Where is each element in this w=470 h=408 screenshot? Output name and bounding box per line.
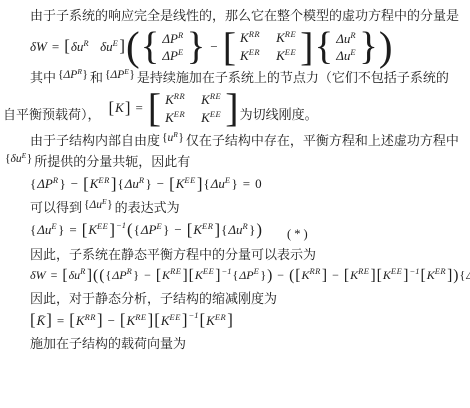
- text-run: 和: [90, 70, 103, 85]
- inline-math: {ΔuE}: [84, 199, 113, 211]
- math-base: K: [88, 222, 97, 237]
- math-var: KER: [90, 176, 110, 192]
- para-reduced-stiffness-intro: 因此，对于静态分析，子结构的缩减刚度为: [3, 289, 466, 309]
- close-delimiter: ]: [46, 312, 52, 329]
- math-operator: =: [135, 100, 142, 116]
- group-content: KEE: [175, 176, 197, 192]
- inline-math: {δuE}: [5, 153, 32, 165]
- vector-row: ΔuR: [336, 31, 356, 46]
- column-vector: ΔuRΔuE: [334, 31, 358, 63]
- text-run: {: [30, 176, 36, 192]
- math-base: δu: [100, 39, 113, 54]
- group-content: ({ΔPR}−[KRE][KEE]−1{ΔPE})−([KRR]−[KRE][K…: [98, 268, 470, 284]
- math-superscript: EE: [210, 109, 221, 119]
- math-operator: −: [210, 39, 217, 55]
- text-run: {: [30, 222, 36, 238]
- text-run: }: [133, 268, 139, 283]
- close-delimiter: ]: [322, 268, 327, 284]
- column-vector: ΔPRΔPE: [160, 31, 185, 63]
- math-superscript: R: [127, 266, 133, 276]
- para-linearity-intro: 由于子系统的响应完全是线性的，那么它在整个模型的虚功方程中的分量是: [3, 6, 466, 26]
- math-base: ΔP: [111, 69, 125, 81]
- math-operator: =: [57, 313, 64, 329]
- math-operator: −: [157, 176, 164, 192]
- math-var: ΔuR: [125, 176, 145, 192]
- math-base: K: [240, 48, 249, 63]
- math-var: KRE: [201, 92, 221, 107]
- math-operator: −: [174, 222, 181, 238]
- math-superscript: E: [350, 47, 356, 57]
- math-superscript: EE: [184, 175, 195, 185]
- math-superscript: −1: [221, 267, 231, 276]
- math-superscript: ER: [174, 109, 185, 119]
- math-var: ΔPR: [64, 69, 83, 81]
- math-superscript: EE: [285, 47, 296, 57]
- math-superscript: R: [350, 30, 356, 40]
- group-content: KRR: [300, 268, 321, 283]
- group-content: {ΔPR}−[KRE][KEE]−1{ΔPE}: [104, 268, 267, 284]
- eq-substructure-virtual-work: δW=[δuRδuE]({ΔPRΔPE}−[KRRKREKERKEE]{ΔuRΔ…: [30, 29, 466, 64]
- math-var: KEE: [176, 176, 196, 192]
- delimited-group: [KRRKREKERKEE]: [148, 91, 239, 125]
- math-var: KEE: [88, 222, 108, 238]
- inline-math: {ΔPE}: [105, 69, 135, 81]
- group-content: KEE: [382, 268, 403, 283]
- group-content: KRRKREKERKEE: [161, 92, 225, 125]
- close-delimiter: ]: [214, 222, 220, 239]
- math-base: ΔP: [162, 48, 178, 63]
- math-var: δuR: [71, 39, 89, 55]
- math-superscript: −1: [116, 221, 126, 230]
- inline-math: {uR}: [162, 132, 184, 144]
- text-run: }: [163, 222, 169, 238]
- math-operator: =: [69, 222, 76, 238]
- math-base: K: [350, 268, 358, 282]
- document-page: 由于子系统的响应完全是线性的，那么它在整个模型的虚功方程中的分量是δW=[δuR…: [0, 0, 470, 354]
- close-delimiter: ]: [97, 312, 103, 329]
- text-run: }: [249, 222, 255, 238]
- equation-label: (*): [287, 227, 311, 242]
- para-internal-dof-line1: 由于子结构内部自由度{uR}仅在子结构中存在，平衡方程和上述虚功方程中: [3, 131, 466, 152]
- math-operator: =: [51, 268, 58, 283]
- math-base: δu: [11, 153, 22, 165]
- math-base: K: [193, 222, 202, 237]
- math-superscript: E: [254, 266, 260, 276]
- math-base: K: [195, 268, 203, 282]
- group-content: KEE: [194, 268, 215, 283]
- close-delimiter: ]: [182, 268, 187, 284]
- math-superscript: R: [242, 221, 248, 231]
- group-content: {ΔPRΔPE}−[KRRKREKERKEE]{ΔuRΔuE}: [140, 30, 379, 64]
- delimited-group: [δuR]: [62, 268, 92, 284]
- text-run: {: [221, 222, 227, 238]
- close-delimiter: ): [379, 29, 393, 64]
- math-var: KER: [206, 313, 226, 329]
- open-delimiter: [: [223, 30, 236, 64]
- line-tangent-stiffness: 自平衡预载荷），[K]=[KRRKREKERKEE]为切线刚度。: [3, 91, 466, 125]
- text-run: 由于子结构内部自由度: [30, 133, 160, 148]
- math-var: KRE: [127, 313, 147, 329]
- math-base: K: [427, 268, 435, 282]
- text-run: {: [105, 268, 111, 283]
- math-superscript: ER: [249, 47, 260, 57]
- math-var: KER: [240, 48, 260, 63]
- math-var: ΔuR: [228, 222, 248, 238]
- math-base: Δu: [125, 176, 139, 191]
- math-var: KRR: [301, 268, 320, 283]
- text-run: 其中: [30, 70, 56, 85]
- close-delimiter: ]: [109, 222, 115, 239]
- group-content: KRR: [75, 313, 97, 329]
- math-var: KEE: [201, 110, 221, 125]
- math-superscript: R: [178, 30, 184, 40]
- math-var: KER: [193, 222, 213, 238]
- close-delimiter: ]: [197, 176, 203, 193]
- close-delimiter: ]: [215, 268, 220, 284]
- delimited-group: {ΔPRΔPE}: [141, 30, 206, 63]
- matrix: KRRKREKERKEE: [237, 30, 299, 63]
- math-var: ΔuE: [90, 199, 108, 211]
- text-run: }: [27, 153, 33, 165]
- close-delimiter: ]: [225, 91, 238, 125]
- delimited-group: [KEE]−1: [154, 312, 198, 329]
- delimited-group: [K]: [109, 100, 131, 117]
- close-delimiter: ]: [227, 312, 233, 329]
- text-run: {: [134, 222, 140, 238]
- group-content: KEE: [160, 313, 182, 329]
- math-base: K: [161, 313, 170, 328]
- close-delimiter: }: [187, 30, 206, 63]
- text-run: 的表达式为: [115, 200, 180, 215]
- text-run: 0: [255, 176, 262, 192]
- delimited-group: [K̄]: [30, 312, 52, 329]
- delimited-group: {ΔuRΔuE}: [315, 30, 378, 63]
- group-content: KRRKREKERKEE: [236, 30, 300, 63]
- text-run: }: [146, 176, 152, 192]
- math-var: ΔuE: [336, 48, 356, 63]
- text-run: 所提供的分量共轭，因此有: [34, 154, 190, 169]
- math-operator: =: [243, 176, 250, 192]
- text-run: 为切线刚度。: [240, 104, 318, 125]
- matrix-cell: KER: [240, 48, 260, 63]
- math-superscript: RE: [210, 91, 221, 101]
- vector-row: ΔPE: [162, 48, 183, 63]
- text-run: }: [58, 222, 64, 238]
- group-content: KRE: [126, 313, 148, 329]
- matrix-cell: KEE: [276, 48, 296, 63]
- math-base: ΔP: [112, 268, 126, 282]
- math-base: K: [240, 30, 249, 45]
- text-run: 因此，子系统在静态平衡方程中的分量可以表示为: [30, 247, 316, 262]
- math-var: KRE: [350, 268, 369, 283]
- vector-row: ΔPR: [162, 31, 183, 46]
- math-var: ΔPR: [37, 176, 58, 192]
- text-run: 由于子系统的响应完全是线性的，那么它在整个模型的虚功方程中的分量是: [30, 8, 459, 23]
- close-delimiter: ]: [119, 38, 125, 55]
- math-superscript: E: [225, 175, 231, 185]
- eq-reduced-stiffness: [K̄]=[KRR]−[KRE][KEE]−1[KER]: [30, 312, 466, 329]
- math-superscript: R: [53, 175, 59, 185]
- eq-condensed-virtual-work: δW=[δuR](({ΔPR}−[KRE][KEE]−1{ΔPE})−([KRR…: [30, 268, 466, 284]
- close-delimiter: }: [359, 30, 378, 63]
- close-delimiter: ): [267, 268, 272, 284]
- math-operator: −: [144, 268, 151, 283]
- math-superscript: R: [80, 266, 86, 276]
- math-operator: =: [52, 39, 59, 55]
- math-superscript: RR: [85, 312, 96, 322]
- delimited-group: ({ΔPR}−[KRE][KEE]−1{ΔPE}): [99, 268, 272, 284]
- delimited-group: [KEE]−1: [189, 268, 232, 284]
- math-var: K̄: [37, 313, 46, 329]
- math-base: ΔP: [141, 222, 157, 237]
- delimited-group: [KRR]: [295, 268, 327, 284]
- close-delimiter: ]: [447, 268, 452, 284]
- delimited-group: [KRE]: [120, 312, 153, 329]
- delimited-group: ({ΔPRΔPE}−[KRRKREKERKEE]{ΔuRΔuE}): [126, 29, 393, 64]
- math-superscript: EE: [203, 266, 214, 276]
- group-content: KER: [192, 222, 214, 238]
- close-delimiter: ]: [403, 268, 408, 284]
- text-run: {: [117, 176, 123, 192]
- math-base: Δu: [336, 31, 350, 46]
- math-var: ΔuE: [37, 222, 57, 238]
- math-superscript: RR: [249, 29, 260, 39]
- inline-math: {ΔPR}: [58, 69, 88, 81]
- math-base: K: [76, 313, 85, 328]
- para-load-vector-intro: 施加在子结构的载荷向量为: [3, 334, 466, 354]
- open-delimiter: (: [126, 29, 140, 64]
- math-var: KER: [427, 268, 446, 283]
- close-delimiter: ]: [300, 30, 313, 64]
- close-delimiter: ]: [182, 312, 188, 329]
- text-run: {: [203, 176, 209, 192]
- math-base: δu: [69, 268, 81, 282]
- para-internal-dof-line2: {δuE}所提供的分量共轭，因此有: [3, 152, 466, 173]
- text-run: 因此，对于静态分析，子结构的缩减刚度为: [30, 291, 277, 306]
- para-static-component-intro: 因此，子系统在静态平衡方程中的分量可以表示为: [3, 245, 466, 265]
- group-content: KER: [426, 268, 447, 283]
- math-superscript: RE: [135, 312, 146, 322]
- math-superscript: E: [178, 47, 184, 57]
- text-run: }: [178, 132, 184, 144]
- math-base: Δu: [37, 222, 51, 237]
- math-var: δW: [30, 268, 46, 283]
- text-run: 可以得到: [30, 200, 82, 215]
- math-var: ΔPR: [112, 268, 132, 283]
- group-content: ΔPRΔPE: [159, 31, 186, 63]
- delimited-group: ([KRR]−[KRE][KEE]−1[KER]): [289, 268, 458, 284]
- math-var: KRE: [276, 30, 296, 45]
- math-base: Δu: [211, 176, 225, 191]
- group-content: KER: [89, 176, 111, 192]
- math-superscript: EE: [391, 266, 402, 276]
- math-var: KRR: [76, 313, 96, 329]
- delimited-group: [KEE]: [169, 176, 202, 193]
- close-delimiter: ]: [87, 268, 92, 284]
- math-operator: −: [71, 176, 78, 192]
- math-base: Δu: [228, 222, 242, 237]
- math-base: K: [201, 110, 210, 125]
- math-superscript: ER: [98, 175, 109, 185]
- close-delimiter: ]: [111, 176, 117, 193]
- vector-row: ΔuE: [336, 48, 356, 63]
- open-delimiter: {: [141, 30, 160, 63]
- math-var: ΔuR: [336, 31, 356, 46]
- math-var: KER: [165, 110, 185, 125]
- math-superscript: ER: [435, 266, 446, 276]
- delimited-group: [KRE]: [156, 268, 188, 284]
- group-content: KRE: [161, 268, 182, 283]
- delimited-group: [δuRδuE]: [64, 38, 125, 55]
- math-base: K: [276, 30, 285, 45]
- matrix-cell: KRR: [240, 30, 260, 45]
- group-content: δuRδuE: [70, 39, 120, 55]
- text-run: 仅在子结构中存在，平衡方程和上述虚功方程中: [186, 133, 459, 148]
- text-run: 施加在子结构的载荷向量为: [30, 336, 186, 351]
- math-base: K: [276, 48, 285, 63]
- math-base: Δu: [90, 199, 103, 211]
- math-operator: −: [277, 268, 284, 283]
- math-superscript: ER: [215, 312, 226, 322]
- math-base: ΔP: [239, 268, 253, 282]
- math-base: Δu: [466, 268, 470, 282]
- delimited-group: [KER]: [83, 176, 116, 193]
- math-var: KEE: [276, 48, 296, 63]
- group-content: K̄: [36, 313, 47, 329]
- math-superscript: −1: [189, 311, 199, 320]
- group-content: KER: [205, 313, 227, 329]
- math-var: δW: [30, 39, 47, 55]
- delimited-group: [KER]: [187, 222, 220, 239]
- math-base: K: [127, 313, 136, 328]
- math-var: ΔuR: [466, 268, 470, 283]
- text-run: }: [107, 199, 113, 211]
- math-var: ΔPE: [239, 268, 259, 283]
- matrix-cell: KER: [165, 110, 185, 125]
- open-delimiter: {: [315, 30, 334, 63]
- group-content: [KRR]−[KRE][KEE]−1[KER]: [294, 268, 453, 284]
- math-superscript: RR: [309, 266, 320, 276]
- group-content: δuR: [68, 268, 87, 283]
- math-superscript: RE: [285, 29, 296, 39]
- math-var: ΔPE: [111, 69, 130, 81]
- matrix-cell: KRE: [201, 92, 221, 107]
- group-content: {ΔPE}−[KER]{ΔuR}: [133, 222, 257, 239]
- delimited-group: [KRRKREKERKEE]: [223, 30, 314, 64]
- matrix: KRRKREKERKEE: [162, 92, 224, 125]
- delimited-group: [KEE]−1: [82, 222, 126, 239]
- math-var: KRE: [162, 268, 181, 283]
- group-content: ΔuRΔuE: [333, 31, 359, 63]
- math-superscript: RR: [174, 91, 185, 101]
- math-var: δuE: [11, 153, 27, 165]
- math-superscript: E: [51, 221, 57, 231]
- eq-equilibrium-internal: {ΔPR}−[KER]{ΔuR}−[KEE]{ΔuE}=0: [30, 176, 466, 193]
- math-base: ΔP: [64, 69, 78, 81]
- close-delimiter: ): [256, 222, 262, 239]
- math-var: KEE: [161, 313, 181, 329]
- math-var: KRR: [240, 30, 260, 45]
- delimited-group: [KER]: [200, 312, 233, 329]
- math-base: K: [165, 110, 174, 125]
- matrix-cell: KRE: [276, 30, 296, 45]
- math-base: K: [206, 313, 215, 328]
- delimited-group: ({ΔPE}−[KER]{ΔuR}): [127, 222, 262, 239]
- math-var: K: [115, 100, 124, 116]
- math-superscript: EE: [97, 221, 108, 231]
- math-superscript: R: [139, 175, 145, 185]
- math-superscript: EE: [170, 312, 181, 322]
- math-superscript: RE: [170, 266, 181, 276]
- math-base: K: [201, 92, 210, 107]
- delimited-group: [KRE]: [344, 268, 376, 284]
- group-content: KRE: [349, 268, 370, 283]
- math-var: ΔPE: [162, 48, 183, 63]
- open-delimiter: [: [148, 91, 161, 125]
- math-base: δu: [71, 39, 84, 54]
- math-superscript: ER: [202, 221, 213, 231]
- math-operator: −: [332, 268, 339, 283]
- close-delimiter: ): [453, 268, 458, 284]
- text-run: }: [60, 176, 66, 192]
- close-delimiter: ]: [370, 268, 375, 284]
- math-superscript: RE: [358, 266, 369, 276]
- matrix-cell: KRR: [165, 92, 185, 107]
- math-var: ΔPR: [162, 31, 183, 46]
- math-base: K: [165, 92, 174, 107]
- math-var: ΔuE: [211, 176, 231, 192]
- math-var: ΔPE: [141, 222, 162, 238]
- group-content: K: [114, 100, 125, 116]
- math-var: uR: [168, 132, 179, 144]
- math-var: δuE: [100, 39, 118, 55]
- close-delimiter: ]: [125, 100, 131, 117]
- math-base: ΔP: [162, 31, 178, 46]
- text-run: {: [232, 268, 238, 283]
- math-base: Δu: [336, 48, 350, 63]
- math-base: ΔP: [37, 176, 53, 191]
- math-base: K: [383, 268, 391, 282]
- text-run: {: [460, 268, 466, 283]
- math-var: δuR: [69, 268, 86, 283]
- delimited-group: [KER]: [420, 268, 452, 284]
- text-run: }: [82, 69, 88, 81]
- math-var: KEE: [383, 268, 402, 283]
- text-run: }: [260, 268, 266, 283]
- math-superscript: E: [113, 38, 119, 48]
- text-run: 是持续施加在子系统上的节点力（它们不包括子系统的: [137, 70, 449, 85]
- text-run: }: [129, 69, 135, 81]
- close-delimiter: ]: [148, 312, 154, 329]
- math-var: KEE: [195, 268, 214, 283]
- math-superscript: −1: [409, 267, 419, 276]
- text-run: }: [232, 176, 238, 192]
- delimited-group: [KEE]−1: [377, 268, 420, 284]
- math-base: K: [162, 268, 170, 282]
- group-content: KEE: [87, 222, 109, 238]
- math-superscript: R: [83, 38, 89, 48]
- text-run: 自平衡预载荷），: [3, 104, 101, 125]
- math-operator: −: [108, 313, 115, 329]
- delimited-group: (({ΔPR}−[KRE][KEE]−1{ΔPE})−([KRR]−[KRE][…: [93, 268, 470, 284]
- math-superscript: E: [156, 221, 162, 231]
- math-var: KRR: [165, 92, 185, 107]
- para-expression-intro: 可以得到{ΔuE}的表达式为: [3, 198, 466, 219]
- matrix-cell: KEE: [201, 110, 221, 125]
- delimited-group: [KRR]: [69, 312, 102, 329]
- eq-internal-displacement: {ΔuE}=[KEE]−1({ΔPE}−[KER]{ΔuR})(*): [30, 222, 466, 239]
